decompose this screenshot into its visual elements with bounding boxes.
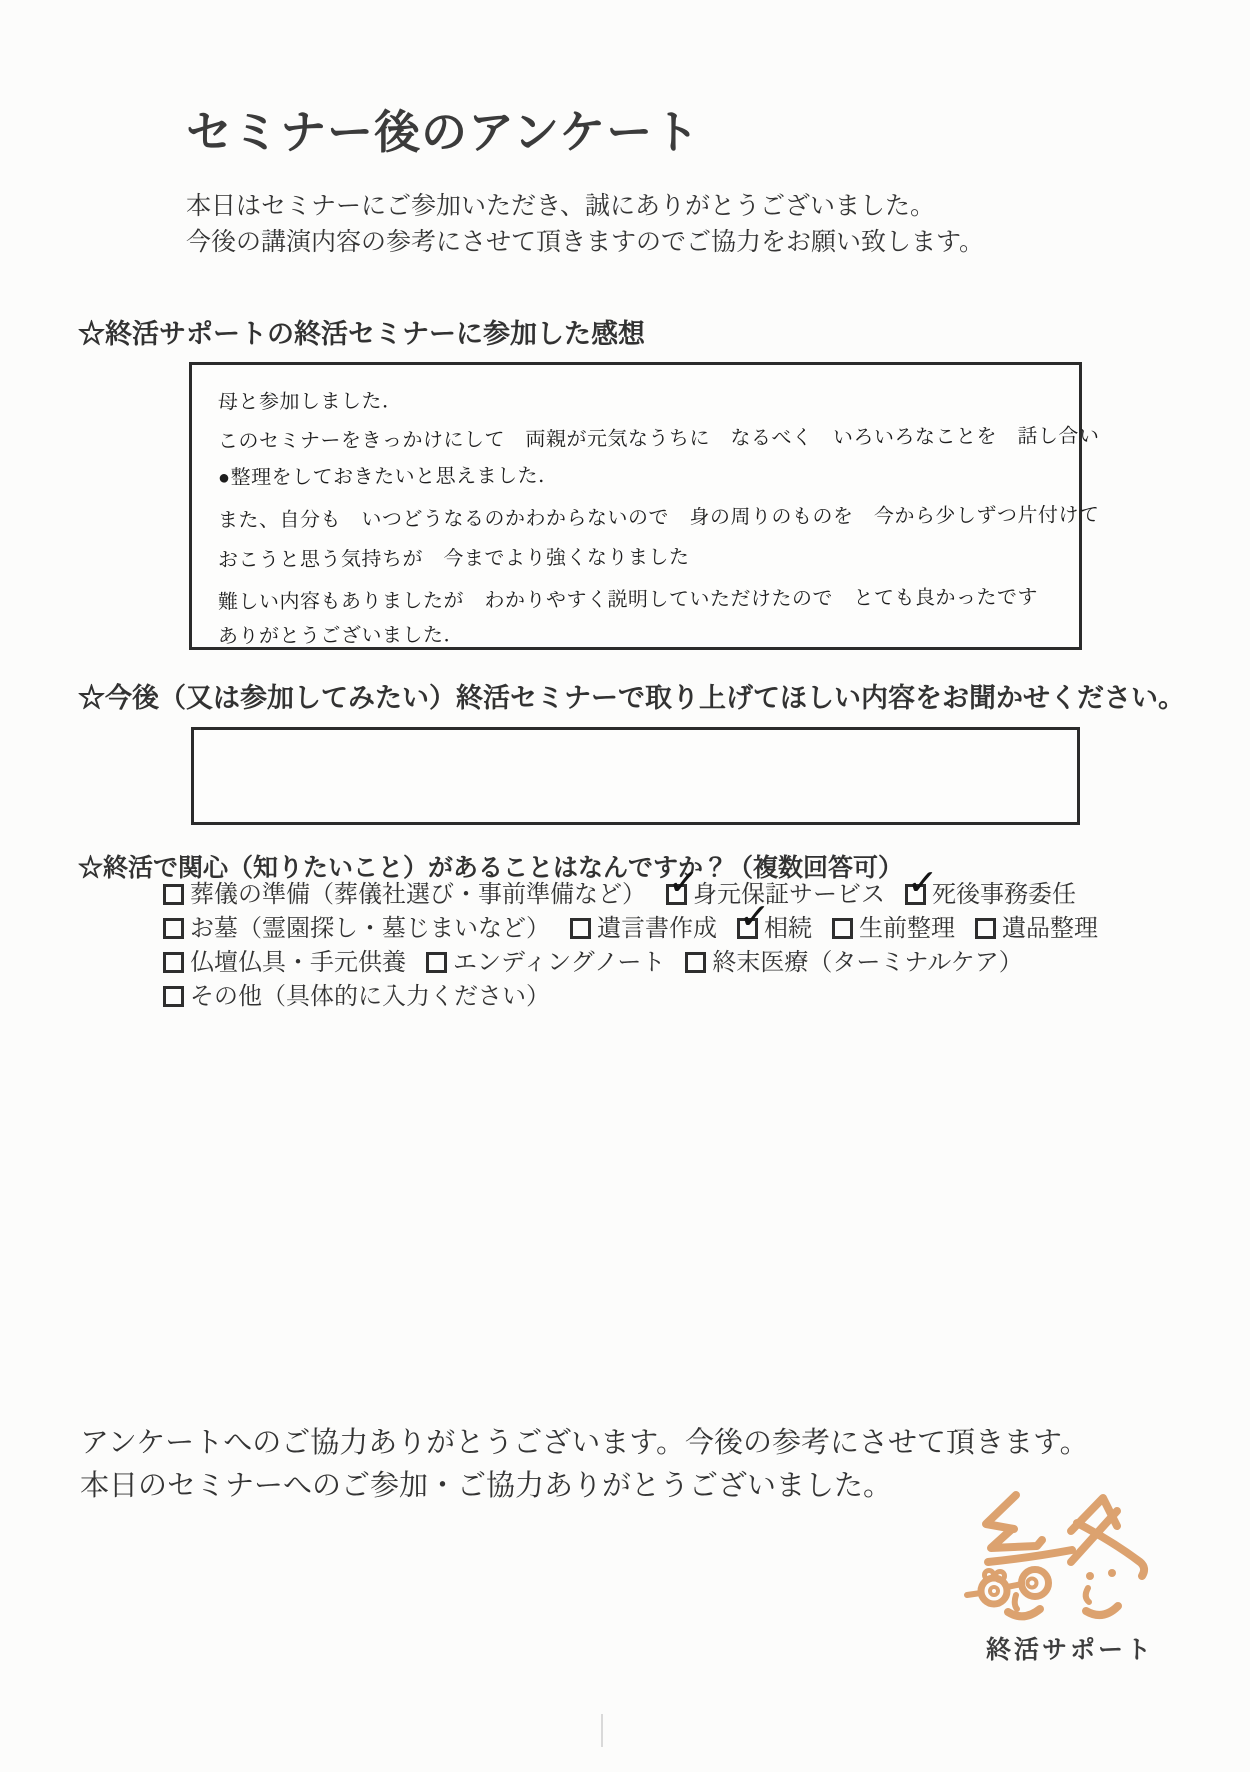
interest-option: 身元保証サービス [666,882,885,908]
interest-option-label: その他（具体的に入力ください） [190,984,550,1010]
interest-option-label: お墓（霊園探し・墓じまいなど） [190,916,550,942]
interest-option-label: 生前整理 [859,916,955,942]
interest-row: 仏壇仏具・手元供養エンディングノート終末医療（ターミナルケア） [163,950,1173,976]
interest-option-label: 身元保証サービス [693,882,885,908]
checkbox-icon [685,952,706,973]
footer-thanks-text: アンケートへのご協力ありがとうございます。今後の参考にさせて頂きます。 本日のセ… [80,1422,1089,1508]
interest-option-label: 相続 [764,916,812,942]
handwritten-line: また、自分も いつどうなるのかわからないので 身の周りのものを 今から少しずつ片… [218,498,1100,532]
logo-left-face [967,1495,1072,1616]
interest-option-label: エンディングノート [453,950,665,976]
checkbox-icon [832,918,853,939]
interest-option-label: 遺品整理 [1002,916,1098,942]
shukatsu-support-logo-icon [960,1478,1160,1633]
interest-option: 終末医療（ターミナルケア） [685,950,1022,976]
interest-option-label: 死後事務委任 [932,882,1076,908]
footer-line-2: 本日のセミナーへのご参加・ご協力ありがとうございました。 [80,1465,1089,1508]
checkbox-icon [163,918,184,939]
handwritten-line: 難しい内容もありましたが わかりやすく説明していただけたので とても良かったです [218,580,1038,614]
interest-options: 葬儀の準備（葬儀社選び・事前準備など）身元保証サービス死後事務委任お墓（霊園探し… [163,882,1173,1018]
topics-section-heading: ☆今後（又は参加してみたい）終活セミナーで取り上げてほしい内容をお聞かせください… [78,676,1185,715]
feedback-section-heading: ☆終活サポートの終活セミナーに参加した感想 [78,312,645,351]
interest-option: 死後事務委任 [905,882,1076,908]
interest-option: 遺言書作成 [570,916,717,942]
interest-option: 葬儀の準備（葬儀社選び・事前準備など） [163,882,646,908]
interest-option: 遺品整理 [975,916,1098,942]
checkbox-checked-icon [905,884,926,905]
handwritten-line: 母と参加しました． [218,384,403,414]
intro-line-1: 本日はセミナーにご参加いただき、誠にありがとうございました。 [186,188,984,224]
footer-line-1: アンケートへのご協力ありがとうございます。今後の参考にさせて頂きます。 [80,1422,1089,1465]
interest-option: 生前整理 [832,916,955,942]
interest-option: 仏壇仏具・手元供養 [163,950,406,976]
interest-option: その他（具体的に入力ください） [163,984,550,1010]
interests-section-heading: ☆終活で関心（知りたいこと）があることはなんですか？（複数回答可） [78,848,903,884]
handwritten-line: ●整理をしておきたいと思えました． [218,459,559,490]
scanned-questionnaire-page: セミナー後のアンケート 本日はセミナーにご参加いただき、誠にありがとうございまし… [0,0,1250,1772]
interest-row: 葬儀の準備（葬儀社選び・事前準備など）身元保証サービス死後事務委任 [163,882,1173,908]
scan-artifact-line [601,1714,603,1747]
intro-line-2: 今後の講演内容の参考にさせて頂きますのでご協力をお願い致します。 [186,224,984,260]
topics-answer-box [191,727,1080,825]
interest-option-label: 終末医療（ターミナルケア） [712,950,1022,976]
handwritten-line: このセミナーをきっかけにして 両親が元気なうちに なるべく いろいろなことを 話… [218,419,1100,453]
checkbox-icon [163,952,184,973]
interest-option: エンディングノート [426,950,665,976]
checkbox-checked-icon [737,918,758,939]
intro-text: 本日はセミナーにご参加いただき、誠にありがとうございました。 今後の講演内容の参… [186,188,984,260]
checkbox-icon [163,986,184,1007]
logo-right-face [1071,1498,1144,1615]
checkbox-checked-icon [666,884,687,905]
handwritten-line: おこうと思う気持ちが 今までより強くなりました [218,541,690,573]
feedback-answer-box: 母と参加しました． このセミナーをきっかけにして 両親が元気なうちに なるべく … [189,362,1082,650]
interest-option-label: 葬儀の準備（葬儀社選び・事前準備など） [190,882,646,908]
checkbox-icon [975,918,996,939]
checkbox-icon [163,884,184,905]
checkbox-icon [426,952,447,973]
interest-row: お墓（霊園探し・墓じまいなど）遺言書作成相続生前整理遺品整理 [163,916,1173,942]
interest-option-label: 遺言書作成 [597,916,717,942]
interest-option: 相続 [737,916,812,942]
interest-row: その他（具体的に入力ください） [163,984,1173,1010]
checkbox-icon [570,918,591,939]
logo-text: 終活サポート [986,1630,1154,1666]
interest-option-label: 仏壇仏具・手元供養 [190,950,406,976]
handwritten-line: ありがとうございました． [218,618,464,649]
interest-option: お墓（霊園探し・墓じまいなど） [163,916,550,942]
page-title: セミナー後のアンケート [186,96,700,162]
